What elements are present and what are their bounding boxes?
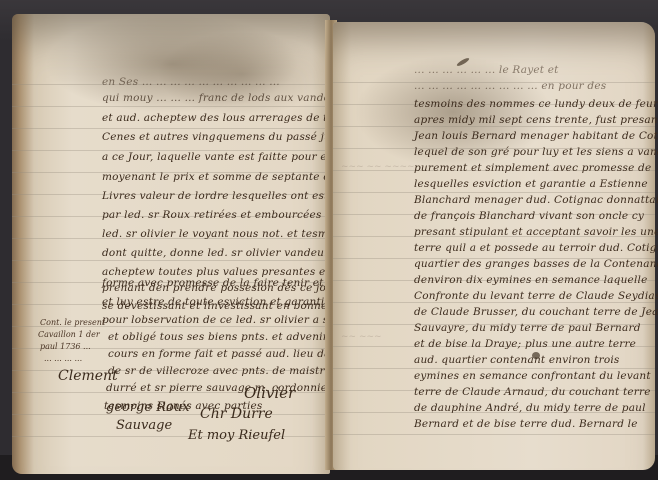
- right-page: ~~~ ~~ ~~~~ ~~ ~~~: [333, 22, 655, 470]
- left-line-9: led. sr olivier le voyant nous not. et t…: [102, 228, 330, 240]
- bleed-through-text: ~~ ~~~: [341, 332, 382, 342]
- bleed-through-text: ~~~ ~~ ~~~~: [341, 162, 415, 172]
- left-line-6: moyenant le prix et somme de septante ci…: [102, 171, 330, 183]
- left-line-12z: prenant den prendre possesion dés ce jou…: [102, 282, 330, 294]
- left-line-7: Livres valeur de lordre lesquelles ont e…: [102, 190, 330, 202]
- left-line-2: qui mouy ... ... ... franc de lods aux v…: [102, 92, 330, 104]
- left-line-13: se devestissant et linvestissant en bonn…: [102, 300, 330, 312]
- left-page: en Ses ... ... ... ... ... ... ... ... .…: [12, 14, 330, 474]
- left-line-1: en Ses ... ... ... ... ... ... ... ... .…: [102, 76, 280, 88]
- left-line-11b: acheptew toutes plus values presantes et…: [102, 266, 330, 278]
- left-line-5: a ce Jour, laquelle vante est faitte pou…: [102, 151, 330, 163]
- left-line-3: et aud. acheptew des lous arrerages de t…: [102, 112, 330, 124]
- left-line-8: par led. sr Roux retirées et embourcées …: [102, 209, 330, 221]
- left-line-10: dont quitte, donne led. sr olivier vande…: [102, 247, 330, 259]
- left-line-4: Cenes et autres vingquemens du passé jus…: [102, 131, 330, 143]
